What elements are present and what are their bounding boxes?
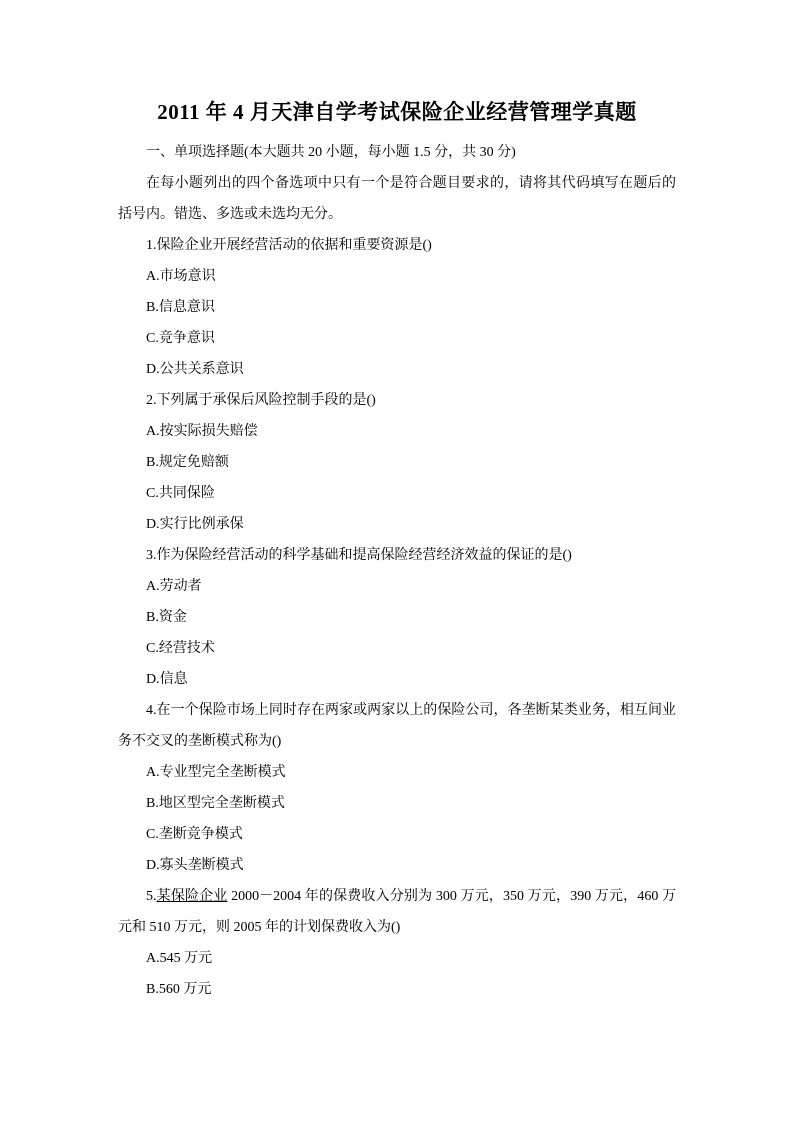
questions-list: 1.保险企业开展经营活动的依据和重要资源是()A.市场意识B.信息意识C.竞争意… bbox=[118, 230, 676, 1005]
question-option: D.信息 bbox=[118, 664, 676, 695]
question-option: A.劳动者 bbox=[118, 571, 676, 602]
question-4: 4.在一个保险市场上同时存在两家或两家以上的保险公司，各垄断某类业务，相互间业务… bbox=[118, 695, 676, 881]
document-title: 2011 年 4 月天津自学考试保险企业经营管理学真题 bbox=[118, 96, 676, 128]
question-option: C.垄断竞争模式 bbox=[118, 819, 676, 850]
question-stem: 3.作为保险经营活动的科学基础和提高保险经营经济效益的保证的是() bbox=[118, 540, 676, 571]
section-instructions: 在每小题列出的四个备选项中只有一个是符合题目要求的，请将其代码填写在题后的括号内… bbox=[118, 168, 676, 230]
question-option: B.信息意识 bbox=[118, 292, 676, 323]
document-page: 2011 年 4 月天津自学考试保险企业经营管理学真题 一、单项选择题(本大题共… bbox=[0, 0, 794, 1123]
question-stem: 5.某保险企业 2000－2004 年的保费收入分别为 300 万元，350 万… bbox=[118, 881, 676, 943]
question-3: 3.作为保险经营活动的科学基础和提高保险经营经济效益的保证的是()A.劳动者B.… bbox=[118, 540, 676, 695]
question-option: C.经营技术 bbox=[118, 633, 676, 664]
question-option: C.竞争意识 bbox=[118, 323, 676, 354]
question-option: B.资金 bbox=[118, 602, 676, 633]
question-stem: 4.在一个保险市场上同时存在两家或两家以上的保险公司，各垄断某类业务，相互间业务… bbox=[118, 695, 676, 757]
question-option: B.560 万元 bbox=[118, 974, 676, 1005]
question-stem: 1.保险企业开展经营活动的依据和重要资源是() bbox=[118, 230, 676, 261]
question-option: A.市场意识 bbox=[118, 261, 676, 292]
question-option: D.寡头垄断模式 bbox=[118, 850, 676, 881]
question-option: A.545 万元 bbox=[118, 943, 676, 974]
question-option: B.地区型完全垄断模式 bbox=[118, 788, 676, 819]
question-5: 5.某保险企业 2000－2004 年的保费收入分别为 300 万元，350 万… bbox=[118, 881, 676, 1005]
question-option: D.实行比例承保 bbox=[118, 509, 676, 540]
question-1: 1.保险企业开展经营活动的依据和重要资源是()A.市场意识B.信息意识C.竞争意… bbox=[118, 230, 676, 385]
question-stem: 2.下列属于承保后风险控制手段的是() bbox=[118, 385, 676, 416]
question-2: 2.下列属于承保后风险控制手段的是()A.按实际损失赔偿B.规定免赔额C.共同保… bbox=[118, 385, 676, 540]
section-heading: 一、单项选择题(本大题共 20 小题，每小题 1.5 分，共 30 分) bbox=[118, 137, 676, 168]
question-option: A.专业型完全垄断模式 bbox=[118, 757, 676, 788]
underlined-text: 某保险企业 bbox=[157, 889, 228, 904]
question-option: A.按实际损失赔偿 bbox=[118, 416, 676, 447]
question-option: D.公共关系意识 bbox=[118, 354, 676, 385]
question-option: C.共同保险 bbox=[118, 478, 676, 509]
question-option: B.规定免赔额 bbox=[118, 447, 676, 478]
